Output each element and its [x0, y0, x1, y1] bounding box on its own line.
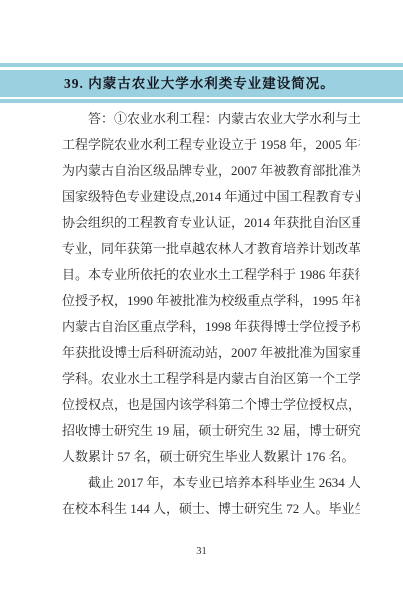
text-line: 位授权点，也是国内该学科第二个博士学位授权点，目前已	[62, 392, 360, 418]
text-line: 招收博士研究生 19 届，硕士研究生 32 届，博士研究生毕业	[62, 418, 360, 444]
page-number: 31	[0, 546, 403, 557]
section-title-band: 39. 内蒙古农业大学水利类专业建设简况。	[0, 70, 403, 97]
text-line: 人数累计 57 名，硕士研究生毕业人数累计 176 名。	[62, 444, 360, 470]
text-line: 截止 2017 年，本专业已培养本科毕业生 2634 人，目前	[62, 470, 360, 496]
text-line: 为内蒙古自治区级品牌专业，2007 年被教育部批准为第一批	[62, 158, 360, 184]
text-line: 工程学院农业水利工程专业设立于 1958 年，2005 年被批准	[62, 132, 360, 158]
text-line: 位授予权，1990 年被批准为校级重点学科，1995 年被批准为	[62, 288, 360, 314]
text-line: 目。本专业所依托的农业水土工程学科于 1986 年获得硕士学	[62, 262, 360, 288]
text-line: 协会组织的工程教育专业认证，2014 年获批自治区重点建设	[62, 210, 360, 236]
text-line: 在校本科生 144 人，硕士、博士研究生 72 人。毕业生广泛就	[62, 496, 360, 522]
document-page: 39. 内蒙古农业大学水利类专业建设简况。 答：①农业水利工程：内蒙古农业大学水…	[0, 0, 403, 604]
text-line: 内蒙古自治区重点学科，1998 年获得博士学位授予权，2003	[62, 314, 360, 340]
body-text: 答：①农业水利工程：内蒙古农业大学水利与土木建筑工程学院农业水利工程专业设立于 …	[62, 106, 360, 522]
text-line: 年获批设博士后科研流动站，2007 年被批准为国家重点培育	[62, 340, 360, 366]
section-header: 39. 内蒙古农业大学水利类专业建设简况。	[0, 63, 403, 103]
section-title: 39. 内蒙古农业大学水利类专业建设简况。	[0, 70, 403, 97]
text-line: 专业，同年获第一批卓越农林人才教育培养计划改革试点项	[62, 236, 360, 262]
text-line: 国家级特色专业建设点,2014 年通过中国工程教育专业认证	[62, 184, 360, 210]
text-line: 答：①农业水利工程：内蒙古农业大学水利与土木建筑	[62, 106, 360, 132]
header-bottom-stripe	[0, 99, 403, 103]
text-line: 学科。农业水土工程学科是内蒙古自治区第一个工学博士学	[62, 366, 360, 392]
header-top-stripe	[0, 63, 403, 67]
